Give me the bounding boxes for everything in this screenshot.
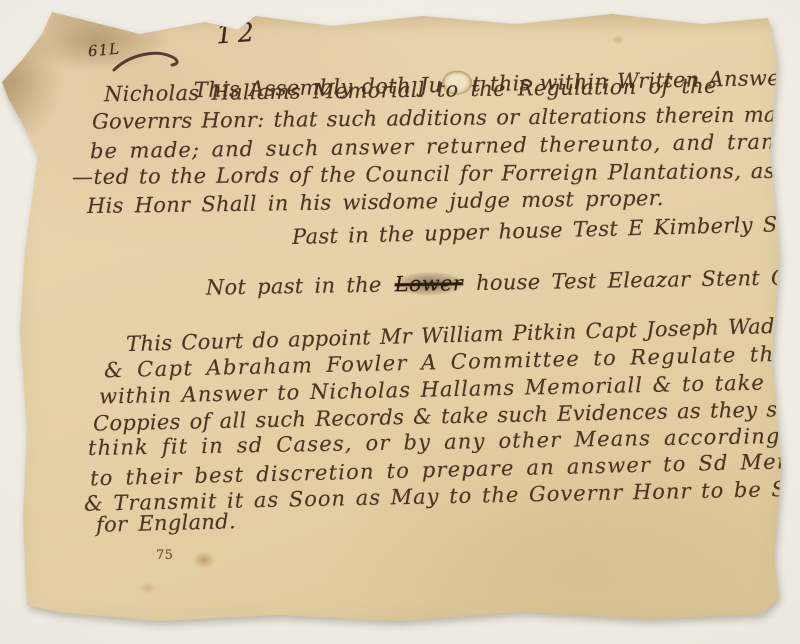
attestation-suffix: house Test Eleazar Stent Clerk [465,265,800,295]
entry1-line-6: His Honr Shall in his wisdome judge most… [87,186,664,218]
manuscript-paper: 61 61L 12 This Assembly doth Jut this wi… [0,0,800,644]
attestation-prefix: Not past in the [206,272,393,299]
paper-shadow: 61 61L 12 This Assembly doth Jut this wi… [0,0,800,644]
entry2-line-8: for England. [96,509,236,537]
entry1-line-4: be made; and such answer returned thereu… [90,129,800,163]
edge-folio-number: 61 [0,27,30,57]
bottom-page-number: 75 [156,544,173,568]
page-number: 12 [215,21,260,48]
struck-word: Lower [392,271,465,296]
photo-background: 61 61L 12 This Assembly doth Jut this wi… [0,0,800,644]
lower-house-attestation: Not past in the Lower house Test Eleazar… [117,241,800,325]
entry1-line-5: —ted to the Lords of the Council for For… [72,159,776,189]
